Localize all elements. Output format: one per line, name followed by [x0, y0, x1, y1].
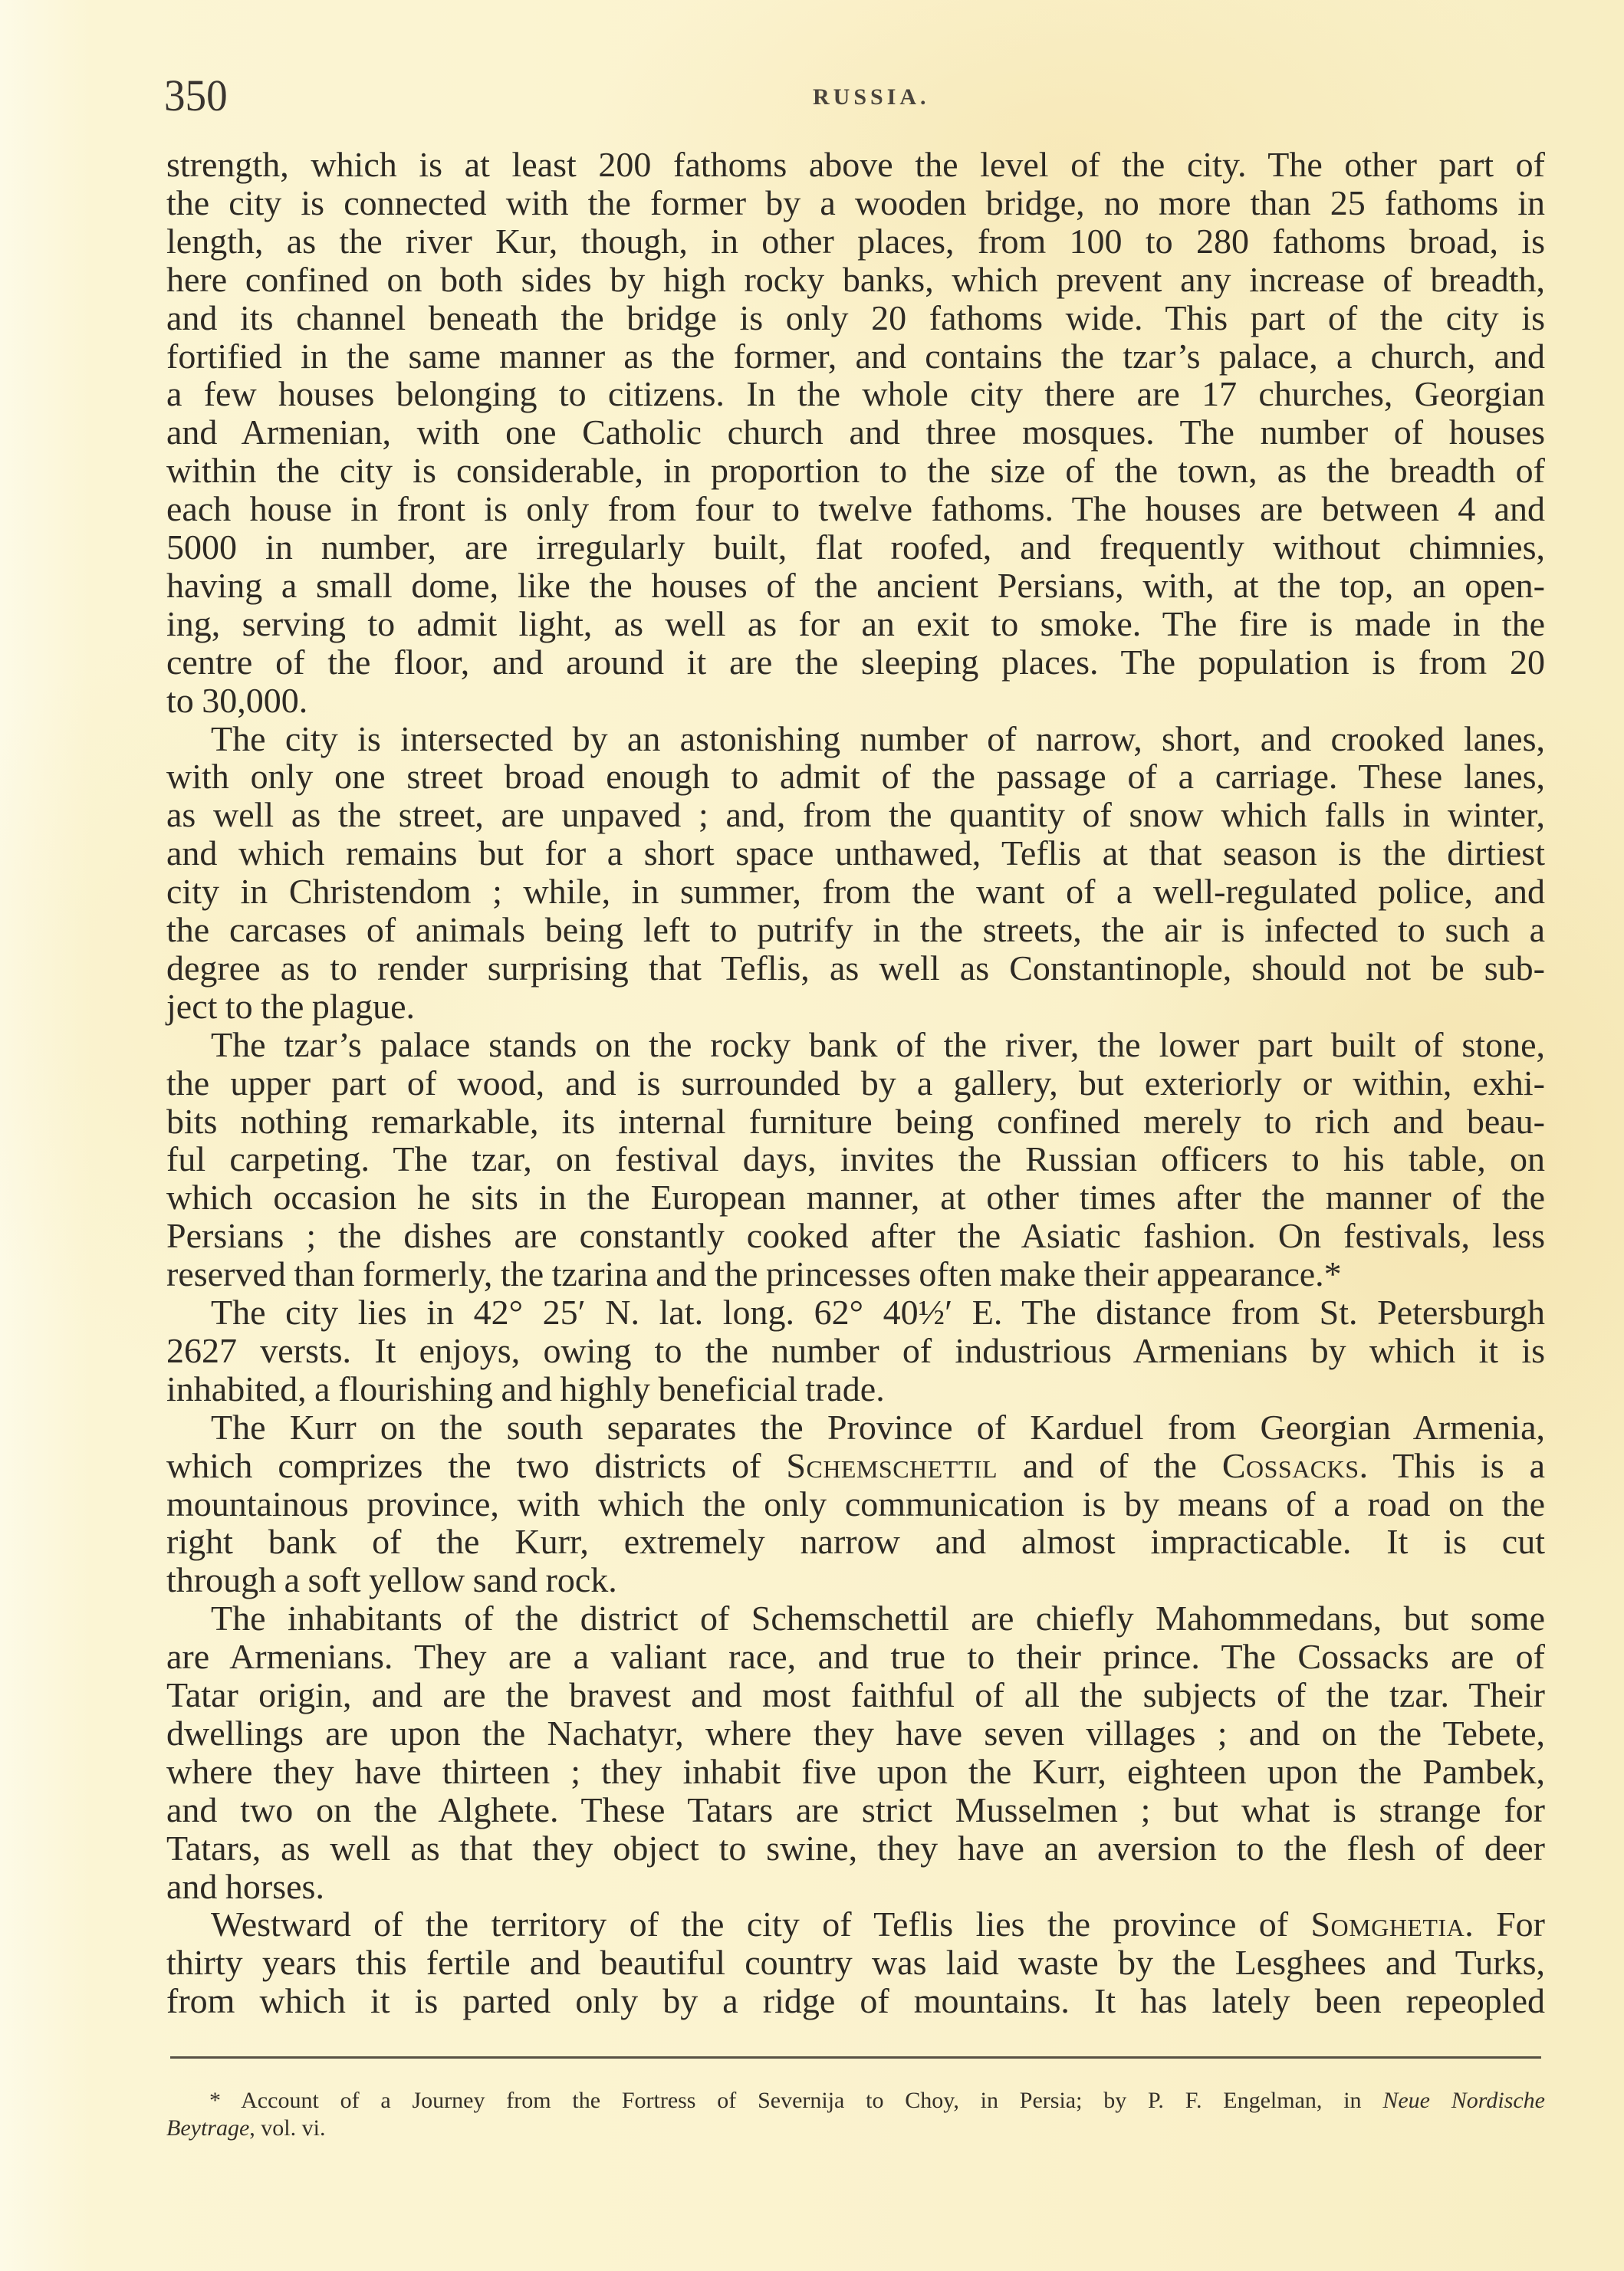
text-line: The city lies in 42° 25′ N. lat. long. 6… — [166, 1293, 1545, 1332]
text-line: as well as the street, are unpaved ; and… — [166, 796, 1545, 834]
text-line: and horses. — [166, 1868, 1545, 1906]
text-line: The Kurr on the south separates the Prov… — [166, 1408, 1545, 1447]
text-line: The inhabitants of the district of Schem… — [166, 1599, 1545, 1638]
text-line: right bank of the Kurr, extremely narrow… — [166, 1523, 1545, 1561]
text-segment: the upper part of wood, and is surrounde… — [166, 1063, 1545, 1103]
text-segment: from which it is parted only by a ridge … — [166, 1981, 1545, 2020]
text-segment: The city lies in 42° 25′ N. lat. long. 6… — [211, 1293, 1545, 1332]
text-line: strength, which is at least 200 fathoms … — [166, 146, 1545, 184]
page-number: 350 — [164, 74, 228, 118]
text-segment: centre of the floor, and around it are t… — [166, 643, 1545, 682]
book-page: 350 RUSSIA. strength, which is at least … — [0, 0, 1624, 2271]
text-segment: the carcases of animals being left to pu… — [166, 910, 1545, 949]
text-line: the city is connected with the former by… — [166, 184, 1545, 222]
text-line: within the city is considerable, in prop… — [166, 452, 1545, 490]
footnote-line: * Account of a Journey from the Fortress… — [166, 2087, 1545, 2115]
footnote-rule — [170, 2056, 1541, 2059]
text-segment: and of the — [998, 1446, 1222, 1485]
text-segment: dwellings are upon the Nachatyr, where t… — [166, 1714, 1545, 1753]
text-line: and which remains but for a short space … — [166, 834, 1545, 873]
text-segment: * Account of a Journey from the Fortress… — [209, 2088, 1382, 2113]
text-segment: strength, which is at least 200 fathoms … — [166, 145, 1545, 184]
footnote-line: Beytrage, vol. vi. — [166, 2115, 1545, 2142]
text-line: inhabited, a flourishing and highly bene… — [166, 1370, 1545, 1408]
text-line: Tatars, as well as that they object to s… — [166, 1829, 1545, 1868]
text-segment: which occasion he sits in the European m… — [166, 1178, 1545, 1217]
text-line: and Armenian, with one Catholic church a… — [166, 413, 1545, 452]
text-segment: where they have thirteen ; they inhabit … — [166, 1752, 1545, 1791]
text-line: ject to the plague. — [166, 988, 1545, 1026]
italic-text: Beytrage — [166, 2115, 249, 2141]
text-segment: , vol. vi. — [249, 2115, 325, 2141]
text-segment: here confined on both sides by high rock… — [166, 260, 1545, 299]
text-segment: city in Christendom ; while, in summer, … — [166, 872, 1545, 911]
text-segment: The city is intersected by an astonishin… — [211, 719, 1545, 758]
text-line: The city is intersected by an astonishin… — [166, 720, 1545, 758]
text-segment: ject to the plague. — [166, 987, 415, 1026]
text-segment: . This is a — [1359, 1446, 1545, 1485]
text-line: dwellings are upon the Nachatyr, where t… — [166, 1714, 1545, 1753]
text-line: city in Christendom ; while, in summer, … — [166, 873, 1545, 911]
text-segment: a few houses belonging to citizens. In t… — [166, 374, 1545, 413]
text-line: Westward of the territory of the city of… — [166, 1905, 1545, 1944]
text-segment: degree as to render surprising that Tefl… — [166, 948, 1545, 988]
text-segment: and its channel beneath the bridge is on… — [166, 298, 1545, 337]
text-segment: The inhabitants of the district of Schem… — [211, 1599, 1545, 1638]
text-line: through a soft yellow sand rock. — [166, 1561, 1545, 1599]
text-line: a few houses belonging to citizens. In t… — [166, 375, 1545, 413]
text-line: 2627 versts. It enjoys, owing to the num… — [166, 1332, 1545, 1370]
text-segment: each house in front is only from four to… — [166, 489, 1545, 528]
text-segment: reserved than formerly, the tzarina and … — [166, 1254, 1342, 1293]
text-line: which comprizes the two districts of Sch… — [166, 1447, 1545, 1485]
text-line: degree as to render surprising that Tefl… — [166, 949, 1545, 988]
text-line: Persians ; the dishes are constantly coo… — [166, 1217, 1545, 1255]
text-segment: thirty years this fertile and beautiful … — [166, 1943, 1545, 1982]
small-caps-term: Schemschettil — [786, 1446, 998, 1485]
text-segment: right bank of the Kurr, extremely narrow… — [166, 1522, 1545, 1561]
text-line: where they have thirteen ; they inhabit … — [166, 1753, 1545, 1791]
text-segment: length, as the river Kur, though, in oth… — [166, 222, 1545, 261]
text-segment: and Armenian, with one Catholic church a… — [166, 412, 1545, 452]
text-segment: and horses. — [166, 1867, 324, 1906]
text-line: ful carpeting. The tzar, on festival day… — [166, 1140, 1545, 1178]
text-line: the upper part of wood, and is surrounde… — [166, 1064, 1545, 1103]
text-segment: Tatars, as well as that they object to s… — [166, 1829, 1545, 1868]
text-segment: through a soft yellow sand rock. — [166, 1560, 617, 1599]
text-line: the carcases of animals being left to pu… — [166, 911, 1545, 949]
text-segment: inhabited, a flourishing and highly bene… — [166, 1369, 885, 1408]
text-segment: The tzar’s palace stands on the rocky ba… — [211, 1025, 1545, 1064]
text-segment: which comprizes the two districts of — [166, 1446, 786, 1485]
text-segment: ful carpeting. The tzar, on festival day… — [166, 1139, 1545, 1178]
text-segment: having a small dome, like the houses of … — [166, 566, 1545, 605]
small-caps-term: Cossacks — [1222, 1446, 1359, 1485]
text-segment: as well as the street, are unpaved ; and… — [166, 795, 1545, 834]
text-line: Tatar origin, and are the bravest and mo… — [166, 1676, 1545, 1714]
text-segment: 2627 versts. It enjoys, owing to the num… — [166, 1331, 1545, 1370]
small-caps-term: Somghetia — [1310, 1905, 1465, 1944]
text-line: having a small dome, like the houses of … — [166, 567, 1545, 605]
text-line: thirty years this fertile and beautiful … — [166, 1944, 1545, 1982]
text-segment: and two on the Alghete. These Tatars are… — [166, 1790, 1545, 1829]
text-segment: fortified in the same manner as the form… — [166, 337, 1545, 376]
text-line: mountainous province, with which the onl… — [166, 1485, 1545, 1523]
text-line: are Armenians. They are a valiant race, … — [166, 1638, 1545, 1676]
text-line: 5000 in number, are irregularly built, f… — [166, 528, 1545, 567]
text-segment: the city is connected with the former by… — [166, 183, 1545, 222]
text-segment: and which remains but for a short space … — [166, 833, 1545, 873]
text-line: to 30,000. — [166, 682, 1545, 720]
text-segment: within the city is considerable, in prop… — [166, 451, 1545, 490]
text-line: with only one street broad enough to adm… — [166, 758, 1545, 796]
text-segment: Westward of the territory of the city of… — [211, 1905, 1310, 1944]
running-head: RUSSIA. — [813, 86, 930, 109]
text-line: here confined on both sides by high rock… — [166, 261, 1545, 299]
italic-text: Neue Nordische — [1382, 2088, 1545, 2113]
text-line: centre of the floor, and around it are t… — [166, 643, 1545, 682]
text-segment: are Armenians. They are a valiant race, … — [166, 1637, 1545, 1676]
text-line: and two on the Alghete. These Tatars are… — [166, 1791, 1545, 1829]
text-segment: Persians ; the dishes are constantly coo… — [166, 1216, 1545, 1255]
text-segment: Tatar origin, and are the bravest and mo… — [166, 1675, 1545, 1714]
text-line: length, as the river Kur, though, in oth… — [166, 222, 1545, 261]
text-segment: The Kurr on the south separates the Prov… — [211, 1408, 1545, 1447]
text-line: The tzar’s palace stands on the rocky ba… — [166, 1026, 1545, 1064]
text-segment: . For — [1465, 1905, 1545, 1944]
text-line: each house in front is only from four to… — [166, 490, 1545, 528]
text-line: and its channel beneath the bridge is on… — [166, 299, 1545, 337]
text-line: bits nothing remarkable, its internal fu… — [166, 1103, 1545, 1141]
text-line: which occasion he sits in the European m… — [166, 1178, 1545, 1217]
text-line: ing, serving to admit light, as well as … — [166, 605, 1545, 643]
text-line: fortified in the same manner as the form… — [166, 337, 1545, 376]
text-segment: bits nothing remarkable, its internal fu… — [166, 1102, 1545, 1141]
text-line: reserved than formerly, the tzarina and … — [166, 1255, 1545, 1293]
text-segment: 5000 in number, are irregularly built, f… — [166, 527, 1545, 567]
text-line: from which it is parted only by a ridge … — [166, 1982, 1545, 2020]
text-segment: mountainous province, with which the onl… — [166, 1484, 1545, 1523]
text-segment: with only one street broad enough to adm… — [166, 757, 1545, 796]
text-segment: ing, serving to admit light, as well as … — [166, 604, 1545, 643]
text-segment: to 30,000. — [166, 681, 307, 720]
